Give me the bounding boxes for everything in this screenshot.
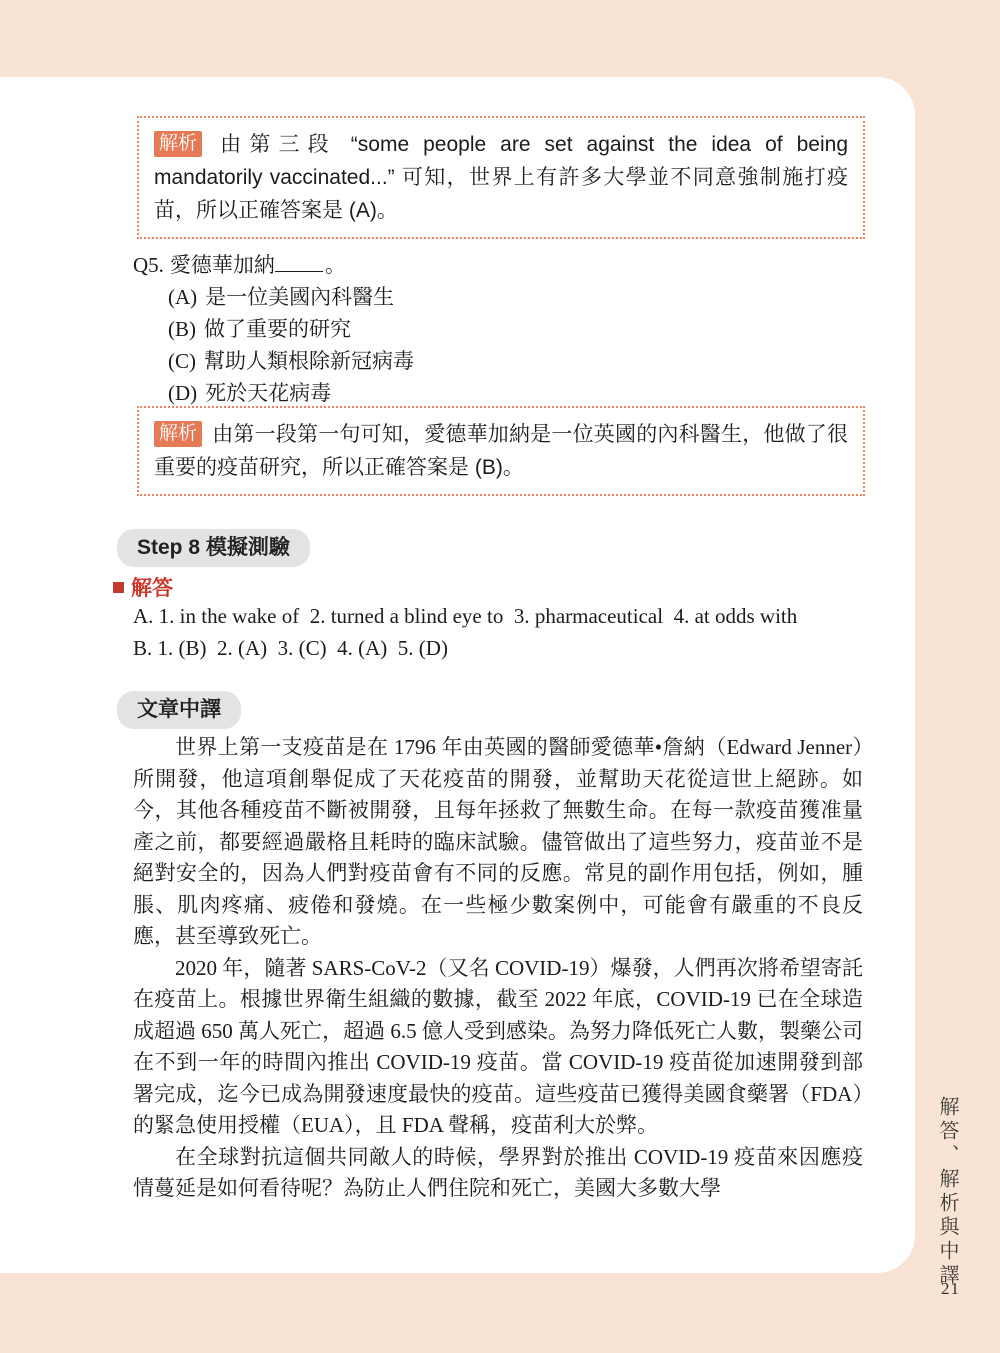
option-d: (D)死於天花病毒 xyxy=(168,377,414,409)
option-a-label: (A) xyxy=(168,285,197,309)
red-square-bullet-icon xyxy=(113,582,124,593)
translation-paragraph-2: 2020 年，隨著 SARS-CoV-2（又名 COVID-19）爆發，人們再次… xyxy=(133,953,863,1142)
question-5: Q5.愛德華加納。 (A)是一位美國內科醫生 (B)做了重要的研究 (C)幫助人… xyxy=(133,249,414,409)
analysis-text: 由第三段 “some people are set against the id… xyxy=(154,133,848,222)
answer-line-a: A. 1. in the wake of 2. turned a blind e… xyxy=(133,604,797,629)
analysis-text: 由第一段第一句可知，愛德華加納是一位英國的內科醫生，他做了很重要的疫苗研究，所以… xyxy=(154,423,848,479)
translation-paragraph-1: 世界上第一支疫苗是在 1796 年由英國的醫師愛德華•詹納（Edward Jen… xyxy=(133,732,863,953)
answer-blank xyxy=(275,251,323,272)
option-d-text: 死於天花病毒 xyxy=(205,381,331,405)
translation-section-header: 文章中譯 xyxy=(117,691,241,729)
step8-section-header: Step 8 模擬測驗 xyxy=(117,529,310,567)
option-b: (B)做了重要的研究 xyxy=(168,313,414,345)
option-a-text: 是一位美國內科醫生 xyxy=(205,285,394,309)
content-area: 解析由第三段 “some people are set against the … xyxy=(0,77,915,1273)
option-b-label: (B) xyxy=(168,317,196,341)
option-list: (A)是一位美國內科醫生 (B)做了重要的研究 (C)幫助人類根除新冠病毒 (D… xyxy=(168,281,414,409)
answers-heading-label: 解答 xyxy=(131,577,173,600)
option-b-text: 做了重要的研究 xyxy=(204,317,351,341)
analysis-badge: 解析 xyxy=(154,131,202,157)
option-c-text: 幫助人類根除新冠病毒 xyxy=(204,349,414,373)
page-number: 21 xyxy=(941,1279,960,1299)
option-d-label: (D) xyxy=(168,381,197,405)
translation-body: 世界上第一支疫苗是在 1796 年由英國的醫師愛德華•詹納（Edward Jen… xyxy=(133,732,863,1205)
question-period: 。 xyxy=(325,253,346,277)
answer-line-b: B. 1. (B) 2. (A) 3. (C) 4. (A) 5. (D) xyxy=(133,636,448,661)
option-c: (C)幫助人類根除新冠病毒 xyxy=(168,345,414,377)
question-stem: 愛德華加納 xyxy=(170,253,275,277)
option-c-label: (C) xyxy=(168,349,196,373)
analysis-badge: 解析 xyxy=(154,421,202,447)
book-page: 解析由第三段 “some people are set against the … xyxy=(0,0,1000,1353)
question-label: Q5. xyxy=(133,253,164,277)
analysis-box-q5: 解析由第一段第一句可知，愛德華加納是一位英國的內科醫生，他做了很重要的疫苗研究，… xyxy=(137,406,865,496)
option-a: (A)是一位美國內科醫生 xyxy=(168,281,414,313)
analysis-box-top: 解析由第三段 “some people are set against the … xyxy=(137,116,865,239)
answers-heading: 解答 xyxy=(113,577,173,601)
chapter-sidebar-label: 解答、解析與中譯 xyxy=(933,1096,962,1288)
translation-paragraph-3: 在全球對抗這個共同敵人的時候，學界對於推出 COVID-19 疫苗來因應疫情蔓延… xyxy=(133,1142,863,1205)
